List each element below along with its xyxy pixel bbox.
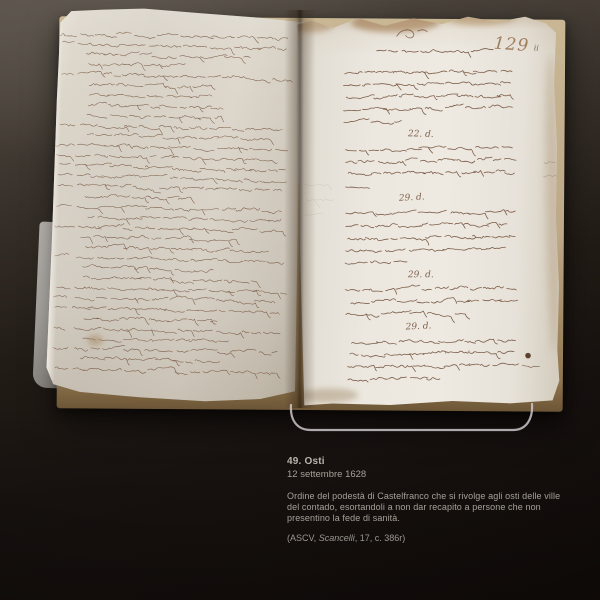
svg-text:29. d.: 29. d. [404,321,431,332]
folio-mark: ii [533,43,539,52]
caption-body: Ordine del podestà di Castelfranco che s… [287,491,561,524]
catalog-page: 129 ii 22. d.29. d.29. d.29. d. 49. Osti… [0,0,600,600]
svg-text:29. d.: 29. d. [407,270,434,280]
svg-text:22. d.: 22. d. [407,129,434,140]
page-number: 129 [493,34,530,57]
citation-prefix: (ASCV, [287,533,319,543]
caption: 49. Osti 12 settembre 1628 Ordine del po… [287,456,561,544]
handwriting-left-svg [44,6,305,405]
handwriting-right-svg: 22. d.29. d.29. d.29. d. [296,13,561,408]
caption-title: 49. Osti [287,456,561,467]
manuscript-right-page: 129 ii 22. d.29. d.29. d.29. d. [296,13,561,408]
citation-suffix: , 17, c. 386r) [355,533,406,543]
svg-text:29. d.: 29. d. [398,192,425,203]
caption-citation: (ASCV, Scancelli, 17, c. 386r) [287,533,561,544]
caption-date: 12 settembre 1628 [287,469,561,480]
manuscript-left-page [44,6,305,405]
caption-bracket [286,401,538,439]
citation-source-name: Scancelli [319,533,355,543]
